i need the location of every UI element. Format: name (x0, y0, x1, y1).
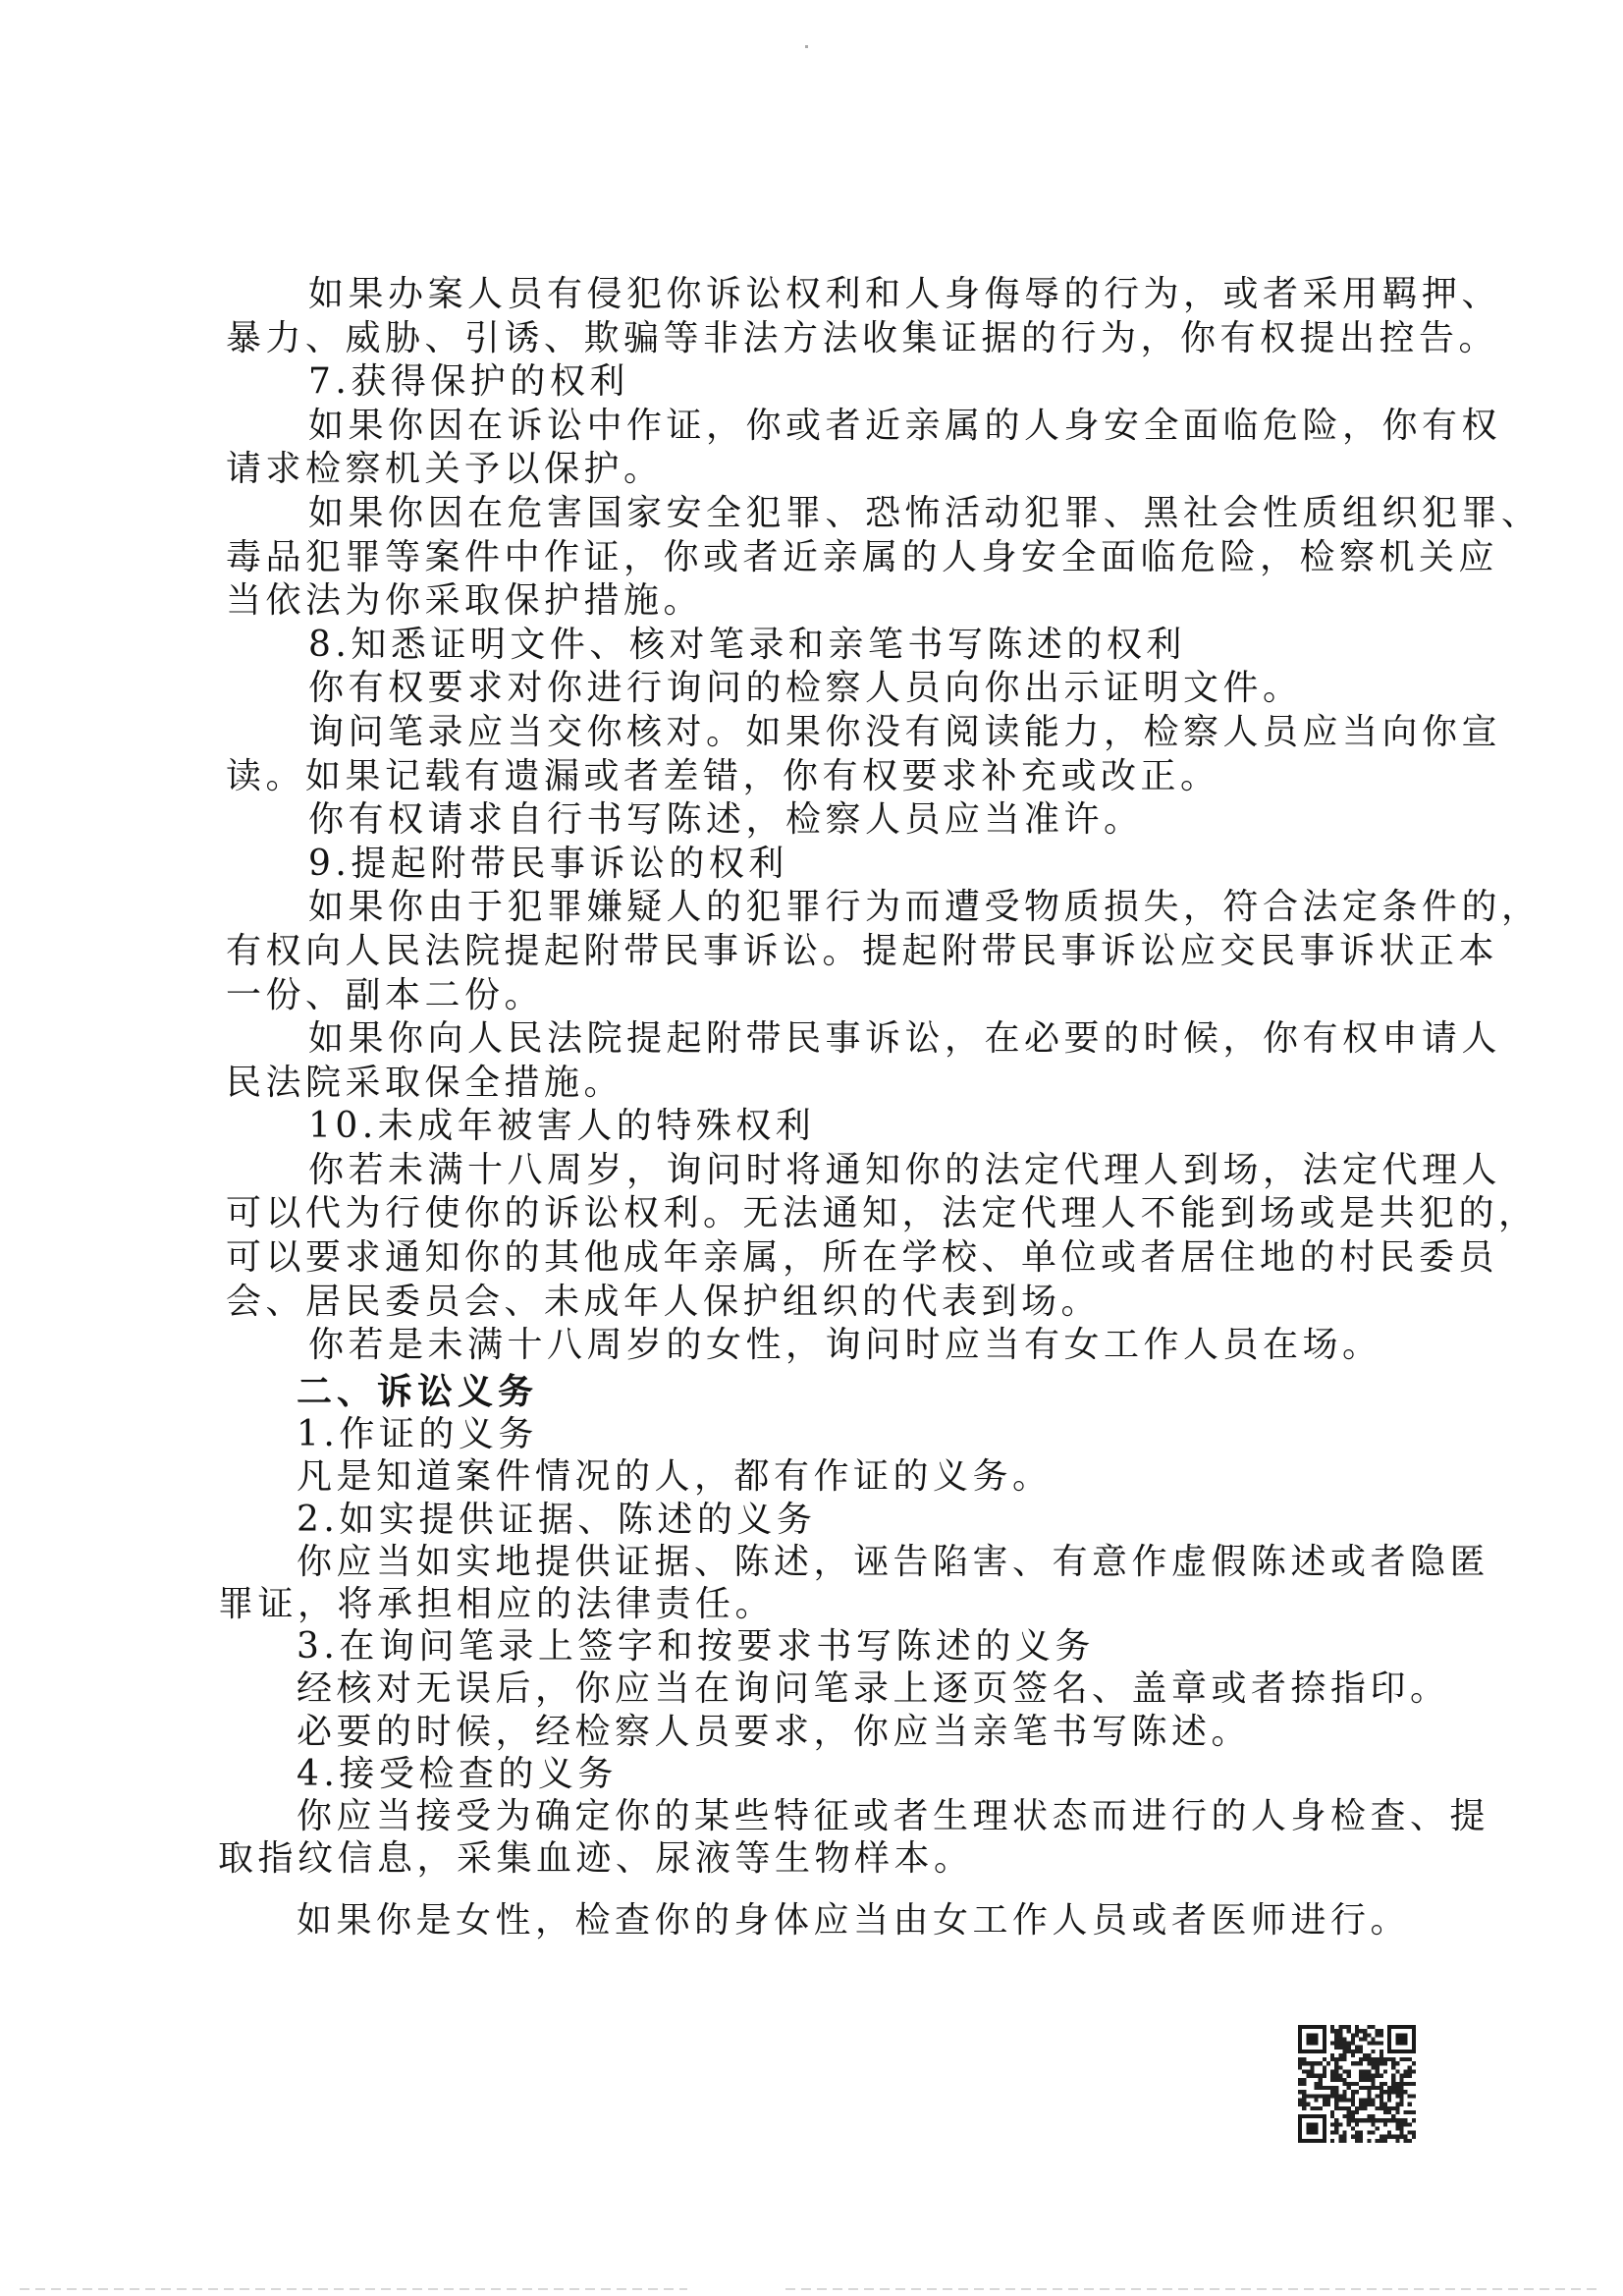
text-line: 如果办案人员有侵犯你诉讼权利和人身侮辱的行为，或者采用羁押、 (226, 273, 1443, 317)
text-line: 询问笔录应当交你核对。如果你没有阅读能力，检察人员应当向你宣 (226, 711, 1443, 755)
text-line: 一份、副本二份。 (226, 974, 1443, 1018)
text-line: 可以代为行使你的诉讼权利。无法通知，法定代理人不能到场或是共犯的， (226, 1192, 1443, 1236)
qr-code-icon (1298, 2025, 1416, 2143)
text-line: 你应当如实地提供证据、陈述，诬告陷害、有意作虚假陈述或者隐匿 (218, 1541, 1435, 1583)
text-line: 可以要求通知你的其他成年亲属，所在学校、单位或者居住地的村民委员 (226, 1236, 1443, 1281)
document-page: 如果办案人员有侵犯你诉讼权利和人身侮辱的行为，或者采用羁押、暴力、威胁、引诱、欺… (0, 0, 1623, 2296)
text-line: 经核对无误后，你应当在询问笔录上逐页签名、盖章或者捺指印。 (218, 1667, 1435, 1710)
text-line: 4.接受检查的义务 (218, 1753, 1435, 1795)
text-line: 凡是知道案件情况的人，都有作证的义务。 (218, 1455, 1435, 1498)
text-line: 读。如果记载有遗漏或者差错，你有权要求补充或改正。 (226, 755, 1443, 799)
scan-speck (805, 45, 808, 48)
obligations-section-text: 二、诉讼义务1.作证的义务凡是知道案件情况的人，都有作证的义务。2.如实提供证据… (218, 1371, 1435, 1941)
text-line: 如果你由于犯罪嫌疑人的犯罪行为而遭受物质损失，符合法定条件的， (226, 886, 1443, 930)
text-line: 当依法为你采取保护措施。 (226, 579, 1443, 624)
text-line: 如果你是女性，检查你的身体应当由女工作人员或者医师进行。 (218, 1899, 1435, 1941)
text-line: 8.知悉证明文件、核对笔录和亲笔书写陈述的权利 (226, 624, 1443, 668)
text-line: 你有权要求对你进行询问的检察人员向你出示证明文件。 (226, 667, 1443, 711)
text-line: 如果你因在危害国家安全犯罪、恐怖活动犯罪、黑社会性质组织犯罪、 (226, 492, 1443, 536)
text-line: 你有权请求自行书写陈述，检察人员应当准许。 (226, 798, 1443, 843)
text-line: 请求检察机关予以保护。 (226, 448, 1443, 492)
text-line: 3.在询问笔录上签字和按要求书写陈述的义务 (218, 1625, 1435, 1667)
scan-artifact-line (785, 2288, 1600, 2290)
text-line: 必要的时候，经检察人员要求，你应当亲笔书写陈述。 (218, 1711, 1435, 1753)
text-line: 9.提起附带民事诉讼的权利 (226, 843, 1443, 887)
text-line: 2.如实提供证据、陈述的义务 (218, 1499, 1435, 1541)
text-line: 民法院采取保全措施。 (226, 1062, 1443, 1106)
text-line: 有权向人民法院提起附带民事诉讼。提起附带民事诉讼应交民事诉状正本 (226, 930, 1443, 974)
text-line: 罪证，将承担相应的法律责任。 (218, 1583, 1435, 1625)
section-heading: 二、诉讼义务 (218, 1371, 1435, 1413)
text-line: 如果你向人民法院提起附带民事诉讼，在必要的时候，你有权申请人 (226, 1017, 1443, 1062)
text-line: 如果你因在诉讼中作证，你或者近亲属的人身安全面临危险，你有权 (226, 405, 1443, 449)
text-line: 10.未成年被害人的特殊权利 (226, 1105, 1443, 1149)
text-line: 1.作证的义务 (218, 1413, 1435, 1455)
text-line: 你若是未满十八周岁的女性，询问时应当有女工作人员在场。 (226, 1324, 1443, 1368)
rights-section-text: 如果办案人员有侵犯你诉讼权利和人身侮辱的行为，或者采用羁押、暴力、威胁、引诱、欺… (226, 273, 1443, 1368)
text-line: 7.获得保护的权利 (226, 360, 1443, 405)
text-line: 你应当接受为确定你的某些特征或者生理状态而进行的人身检查、提 (218, 1795, 1435, 1837)
scan-artifact-line (20, 2288, 687, 2290)
text-line: 毒品犯罪等案件中作证，你或者近亲属的人身安全面临危险，检察机关应 (226, 536, 1443, 580)
text-line: 暴力、威胁、引诱、欺骗等非法方法收集证据的行为，你有权提出控告。 (226, 317, 1443, 361)
text-line: 会、居民委员会、未成年人保护组织的代表到场。 (226, 1281, 1443, 1325)
text-line: 你若未满十八周岁，询问时将通知你的法定代理人到场，法定代理人 (226, 1149, 1443, 1193)
text-line: 取指纹信息，采集血迹、尿液等生物样本。 (218, 1837, 1435, 1880)
